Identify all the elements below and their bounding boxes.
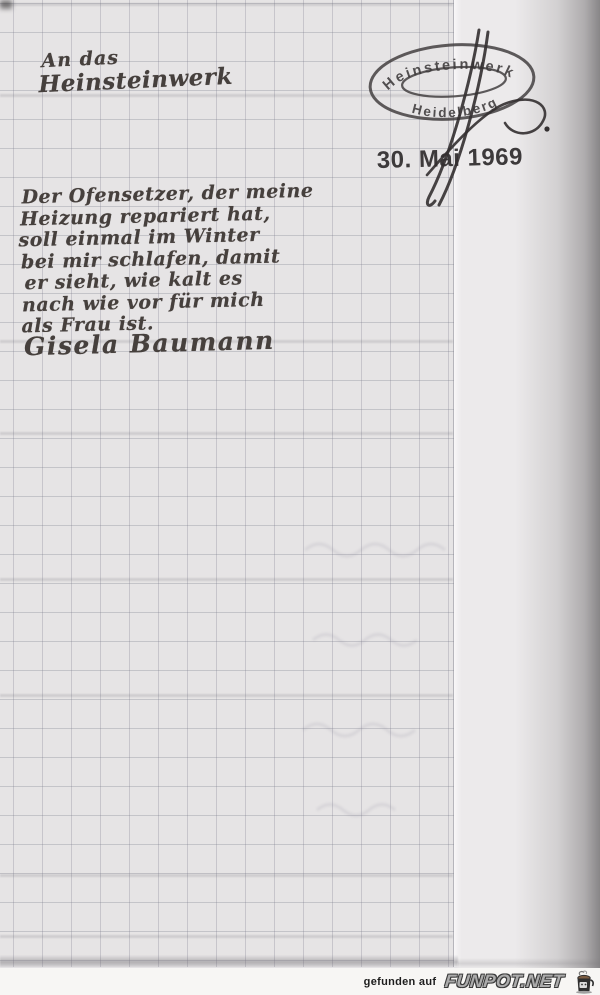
sheet-bottom-smudge bbox=[0, 955, 458, 968]
stamp-company-text: Heinsteinwerk bbox=[379, 53, 520, 95]
scan-smudge-line bbox=[0, 935, 453, 938]
scan-smudge-line bbox=[0, 874, 453, 877]
signature-dot bbox=[544, 126, 549, 131]
stamp-oval-group: Heinsteinwerk Heidelberg bbox=[368, 39, 537, 125]
scan-smudge-line bbox=[0, 3, 453, 6]
sheet-bottom-smudge bbox=[458, 958, 600, 968]
watermark-site-name: FUNPOT.NET bbox=[444, 971, 565, 992]
watermark-bar: gefunden auf FUNPOT.NET bbox=[0, 968, 600, 995]
watermark-prefix: gefunden auf bbox=[364, 976, 437, 988]
rubber-stamp: Heinsteinwerk Heidelberg 30. Mai 1969 bbox=[355, 25, 570, 220]
scan-smudge-line bbox=[0, 432, 453, 435]
letter-body: Der Ofensetzer, der meine Heizung repari… bbox=[21, 181, 316, 338]
pot-icon bbox=[573, 970, 595, 994]
bleed-through-marks bbox=[295, 520, 460, 870]
scan-corner-smudge bbox=[0, 0, 12, 9]
address-block: An das Heinsteinwerk bbox=[37, 42, 233, 98]
scanned-notebook-page: An das Heinsteinwerk Heinsteinwerk Heide… bbox=[0, 0, 600, 995]
